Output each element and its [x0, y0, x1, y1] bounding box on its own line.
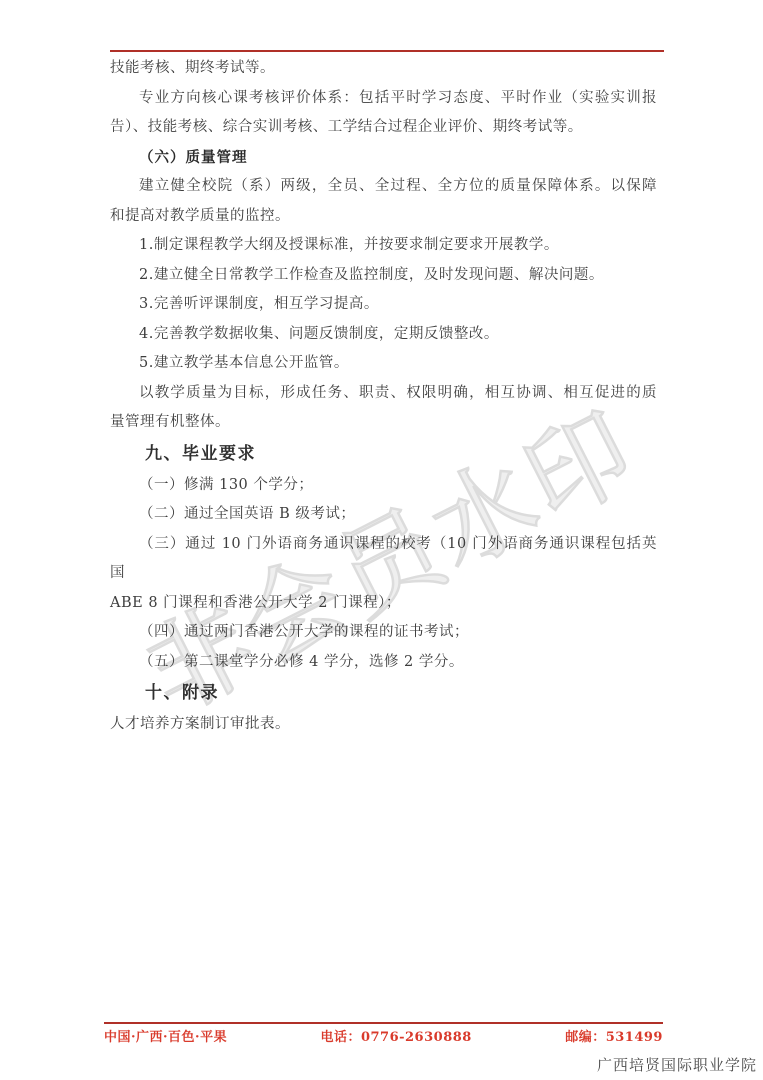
paragraph-line: 专业方向核心课考核评价体系：包括平时学习态度、平时作业（实验实训报	[110, 84, 657, 114]
paragraph-line: 技能考核、期终考试等。	[110, 54, 657, 84]
footer-location: 中国·广西·百色·平果	[104, 1026, 227, 1045]
footer-zip: 邮编：531499	[565, 1026, 663, 1045]
list-item: （四）通过两门香港公开大学的课程的证书考试；	[110, 618, 657, 648]
paragraph-line: 建立健全校院（系）两级，全员、全过程、全方位的质量保障体系。以保障	[110, 172, 657, 202]
list-item: 4.完善教学数据收集、问题反馈制度，定期反馈整改。	[110, 320, 657, 350]
list-item: 1.制定课程教学大纲及授课标准，并按要求制定要求开展教学。	[110, 231, 657, 261]
paragraph-line: ABE 8 门课程和香港公开大学 2 门课程）；	[110, 589, 657, 619]
document-body: 技能考核、期终考试等。 专业方向核心课考核评价体系：包括平时学习态度、平时作业（…	[110, 54, 657, 740]
paragraph-line: 量管理有机整体。	[110, 408, 657, 438]
list-item: （五）第二课堂学分必修 4 学分，选修 2 学分。	[110, 648, 657, 678]
top-divider-rule	[110, 50, 664, 52]
section-heading-appendix: 十、附录	[110, 677, 657, 710]
footer: 中国·广西·百色·平果 电话：0776-2630888 邮编：531499	[104, 1026, 663, 1045]
list-item: 3.完善听评课制度，相互学习提高。	[110, 290, 657, 320]
footer-divider-rule	[104, 1022, 663, 1024]
section-heading-quality-management: （六）质量管理	[110, 143, 657, 173]
list-item: 2.建立健全日常教学工作检查及监控制度，及时发现问题、解决问题。	[110, 261, 657, 291]
footer-phone: 电话：0776-2630888	[320, 1026, 471, 1045]
list-item: （二）通过全国英语 B 级考试；	[110, 500, 657, 530]
section-heading-graduation-requirements: 九、毕业要求	[110, 438, 657, 471]
school-name: 广西培贤国际职业学院	[597, 1054, 757, 1075]
document-page: 非会员水印 技能考核、期终考试等。 专业方向核心课考核评价体系：包括平时学习态度…	[0, 0, 763, 1080]
paragraph-line: 告）、技能考核、综合实训考核、工学结合过程企业评价、期终考试等。	[110, 113, 657, 143]
list-item: 5.建立教学基本信息公开监管。	[110, 349, 657, 379]
paragraph-line: 和提高对教学质量的监控。	[110, 202, 657, 232]
list-item: （一）修满 130 个学分；	[110, 471, 657, 501]
paragraph-line: 人才培养方案制订审批表。	[110, 710, 657, 740]
list-item: （三）通过 10 门外语商务通识课程的校考（10 门外语商务通识课程包括英国	[110, 530, 657, 589]
paragraph-line: 以教学质量为目标，形成任务、职责、权限明确，相互协调、相互促进的质	[110, 379, 657, 409]
